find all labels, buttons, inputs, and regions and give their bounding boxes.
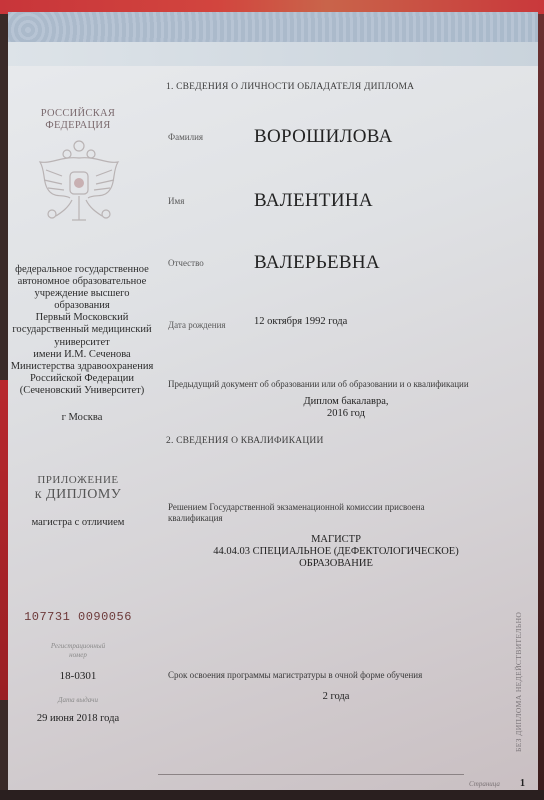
institution-line: учреждение высшего <box>8 288 156 300</box>
registration-label-line: Регистрационный <box>8 642 148 651</box>
page-label: Страница <box>469 780 500 788</box>
diploma-appendix-page: РОССИЙСКАЯ ФЕДЕРАЦИЯ федеральное госу <box>8 12 538 790</box>
appendix-title: ПРИЛОЖЕНИЕ <box>8 474 148 486</box>
section2-title: 2. СВЕДЕНИЯ О КВАЛИФИКАЦИИ <box>166 436 324 446</box>
institution-line: Российской Федерации <box>8 373 156 385</box>
patronymic-label: Отчество <box>168 258 204 268</box>
previous-document-value: Диплом бакалавра, 2016 год <box>176 396 516 420</box>
previous-document-line: Диплом бакалавра, <box>176 396 516 408</box>
institution-line: образования <box>8 300 156 312</box>
registration-label-line: номер <box>8 651 148 660</box>
double-headed-eagle-emblem-icon <box>32 136 126 226</box>
qualification-line: 44.04.03 СПЕЦИАЛЬНОЕ (ДЕФЕКТОЛОГИЧЕСКОЕ) <box>166 546 506 558</box>
study-duration-label: Срок освоения программы магистратуры в о… <box>168 670 422 681</box>
registration-number-label: Регистрационный номер <box>8 642 148 660</box>
diploma-cover-edge <box>0 380 8 700</box>
country-line: ФЕДЕРАЦИЯ <box>8 120 148 132</box>
holder-details-column: 1. СВЕДЕНИЯ О ЛИЧНОСТИ ОБЛАДАТЕЛЯ ДИПЛОМ… <box>156 66 526 790</box>
surname-label: Фамилия <box>168 132 203 142</box>
registration-number: 18-0301 <box>8 670 148 682</box>
patronymic-value: ВАЛЕРЬЕВНА <box>254 252 380 274</box>
security-pattern-band <box>8 12 538 42</box>
validity-note: БЕЗ ДИПЛОМА НЕДЕЙСТВИТЕЛЬНО <box>514 612 523 752</box>
name-label: Имя <box>168 196 184 206</box>
commission-decision-line: Решением Государственной экзаменационной… <box>168 502 425 513</box>
surname-value: ВОРОШИЛОВА <box>254 126 393 148</box>
section1-title: 1. СВЕДЕНИЯ О ЛИЧНОСТИ ОБЛАДАТЕЛЯ ДИПЛОМ… <box>166 82 414 92</box>
issuer-column: РОССИЙСКАЯ ФЕДЕРАЦИЯ федеральное госу <box>8 66 156 790</box>
institution-line: университет <box>8 337 156 349</box>
qualification-value: МАГИСТР 44.04.03 СПЕЦИАЛЬНОЕ (ДЕФЕКТОЛОГ… <box>166 534 506 570</box>
birthdate-label: Дата рождения <box>168 320 226 330</box>
serial-number: 107731 0090056 <box>8 610 148 624</box>
institution-line: (Сеченовский Университет) <box>8 385 156 397</box>
name-value: ВАЛЕНТИНА <box>254 190 373 212</box>
previous-document-label: Предыдущий документ об образовании или о… <box>168 379 469 390</box>
institution-name: федеральное государственное автономное о… <box>8 264 156 397</box>
country-line: РОССИЙСКАЯ <box>8 108 148 120</box>
background-right <box>538 14 544 800</box>
institution-line: федеральное государственное <box>8 264 156 276</box>
background-bottom <box>0 790 544 800</box>
study-duration-value: 2 года <box>166 691 506 703</box>
institution-line: государственный медицинский <box>8 324 156 336</box>
birthdate-value: 12 октября 1992 года <box>254 316 347 327</box>
page-number: 1 <box>520 778 525 789</box>
institution-line: Первый Московский <box>8 312 156 324</box>
qualification-line: МАГИСТР <box>166 534 506 546</box>
security-pattern-band-light <box>8 42 538 66</box>
qualification-line: ОБРАЗОВАНИЕ <box>166 558 506 570</box>
commission-decision-line: квалификация <box>168 513 425 524</box>
issue-date-label: Дата выдачи <box>8 696 148 704</box>
appendix-subtitle: к ДИПЛОМУ <box>8 487 148 503</box>
country-name: РОССИЙСКАЯ ФЕДЕРАЦИЯ <box>8 108 148 132</box>
footer-divider <box>158 774 464 775</box>
city: г Москва <box>8 412 156 423</box>
institution-line: имени И.М. Сеченова <box>8 349 156 361</box>
issue-date: 29 июня 2018 года <box>8 713 148 724</box>
commission-decision: Решением Государственной экзаменационной… <box>168 502 425 524</box>
institution-line: автономное образовательное <box>8 276 156 288</box>
degree-note: магистра с отличием <box>8 517 148 528</box>
previous-document-line: 2016 год <box>176 408 516 420</box>
institution-line: Министерства здравоохранения <box>8 361 156 373</box>
